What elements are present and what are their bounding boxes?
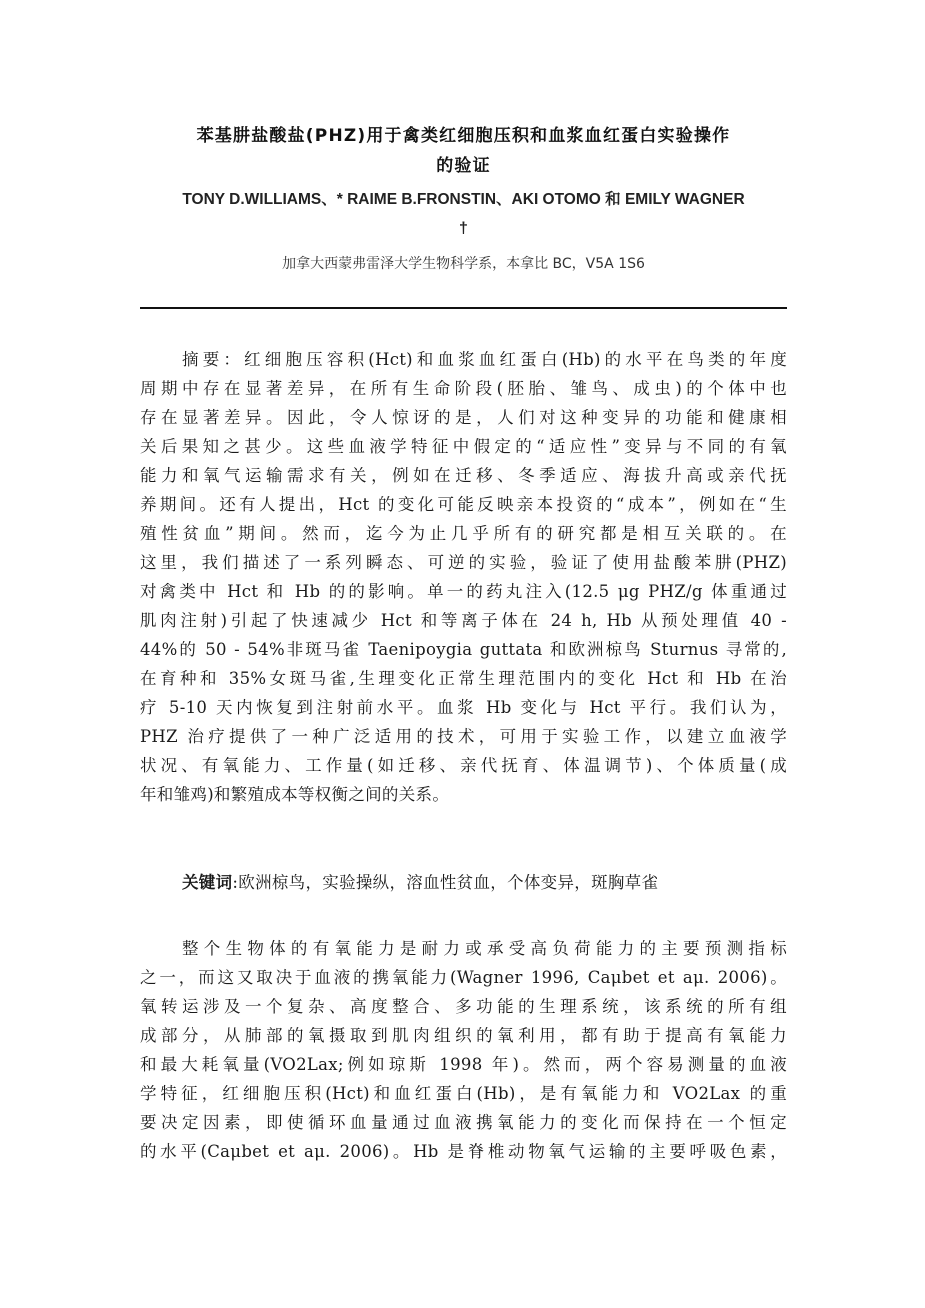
abstract-line: 能力和氧气运输需求有关，例如在迁移、冬季适应、海拔升高或亲代抚 bbox=[140, 461, 787, 490]
document-page: 苯基肼盐酸盐(PHZ)用于禽类红细胞压积和血浆血红蛋白实验操作 的验证 TONY… bbox=[0, 0, 925, 1308]
abstract-line: 养期间。还有人提出，Hct 的变化可能反映亲本投资的“成本”，例如在“生 bbox=[140, 490, 787, 519]
author-footnote-mark: † bbox=[140, 220, 787, 238]
abstract-line: 这里，我们描述了一系列瞬态、可逆的实验，验证了使用盐酸苯肼(PHZ) bbox=[140, 548, 787, 577]
paper-title-line-1: 苯基肼盐酸盐(PHZ)用于禽类红细胞压积和血浆血红蛋白实验操作 bbox=[140, 121, 787, 146]
abstract-line: 44%的 50 - 54%非斑马雀 Taenipoygia guttata 和欧… bbox=[140, 635, 787, 664]
body-line: 要决定因素，即使循环血量通过血液携氧能力的变化而保持在一个恒定 bbox=[140, 1108, 787, 1137]
abstract-line: 状况、有氧能力、工作量(如迁移、亲代抚育、体温调节)、个体质量(成 bbox=[140, 751, 787, 780]
keywords-line: 关键词:欧洲椋鸟，实验操纵，溶血性贫血，个体变异，斑胸草雀 bbox=[140, 868, 787, 897]
abstract: 摘要：红细胞压容积(Hct)和血浆血红蛋白(Hb)的水平在鸟类的年度 周期中存在… bbox=[140, 345, 787, 809]
header-divider bbox=[140, 307, 787, 309]
body-line: 成部分，从肺部的氧摄取到肌肉组织的氧利用，都有助于提高有氧能力 bbox=[140, 1021, 787, 1050]
affiliation: 加拿大西蒙弗雷泽大学生物科学系，本拿比 BC，V5A 1S6 bbox=[140, 253, 787, 273]
abstract-line: 关后果知之甚少。这些血液学特征中假定的“适应性”变异与不同的有氧 bbox=[140, 432, 787, 461]
abstract-line: 周期中存在显著差异，在所有生命阶段(胚胎、雏鸟、成虫)的个体中也 bbox=[140, 374, 787, 403]
body-line: 学特征，红细胞压积(Hct)和血红蛋白(Hb)，是有氧能力和 VO2Lax 的重 bbox=[140, 1079, 787, 1108]
paper-title-line-2: 的验证 bbox=[140, 151, 787, 176]
abstract-line: 摘要：红细胞压容积(Hct)和血浆血红蛋白(Hb)的水平在鸟类的年度 bbox=[140, 345, 787, 374]
body-line: 的水平(Caμbet et aμ. 2006)。Hb 是脊椎动物氧气运输的主要呼… bbox=[140, 1137, 787, 1166]
keywords: 关键词:欧洲椋鸟，实验操纵，溶血性贫血，个体变异，斑胸草雀 bbox=[140, 868, 787, 897]
body-line: 氧转运涉及一个复杂、高度整合、多功能的生理系统，该系统的所有组 bbox=[140, 992, 787, 1021]
author-list: TONY D.WILLIAMS、* RAIME B.FRONSTIN、AKI O… bbox=[140, 187, 787, 209]
body-line: 整个生物体的有氧能力是耐力或承受高负荷能力的主要预测指标 bbox=[140, 934, 787, 963]
abstract-line: 殖性贫血”期间。然而，迄今为止几乎所有的研究都是相互关联的。在 bbox=[140, 519, 787, 548]
body-line: 之一，而这又取决于血液的携氧能力(Wagner 1996, Caμbet et … bbox=[140, 963, 787, 992]
keywords-text: :欧洲椋鸟，实验操纵，溶血性贫血，个体变异，斑胸草雀 bbox=[232, 873, 658, 892]
abstract-line: 年和雏鸡)和繁殖成本等权衡之间的关系。 bbox=[140, 780, 787, 809]
abstract-line: 对禽类中 Hct 和 Hb 的的影响。单一的药丸注入(12.5 μg PHZ/g… bbox=[140, 577, 787, 606]
abstract-line: 存在显著差异。因此，令人惊讶的是，人们对这种变异的功能和健康相 bbox=[140, 403, 787, 432]
body-line: 和最大耗氧量(VO2Lax;例如琼斯 1998 年)。然而，两个容易测量的血液 bbox=[140, 1050, 787, 1079]
abstract-line: PHZ 治疗提供了一种广泛适用的技术，可用于实验工作，以建立血液学 bbox=[140, 722, 787, 751]
abstract-line: 肌肉注射)引起了快速减少 Hct 和等离子体在 24 h, Hb 从预处理值 4… bbox=[140, 606, 787, 635]
abstract-line: 在育种和 35%女斑马雀,生理变化正常生理范围内的变化 Hct 和 Hb 在治 bbox=[140, 664, 787, 693]
keywords-label: 关键词 bbox=[182, 873, 232, 892]
body-paragraph: 整个生物体的有氧能力是耐力或承受高负荷能力的主要预测指标 之一，而这又取决于血液… bbox=[140, 934, 787, 1166]
abstract-line: 疗 5-10 天内恢复到注射前水平。血浆 Hb 变化与 Hct 平行。我们认为， bbox=[140, 693, 787, 722]
